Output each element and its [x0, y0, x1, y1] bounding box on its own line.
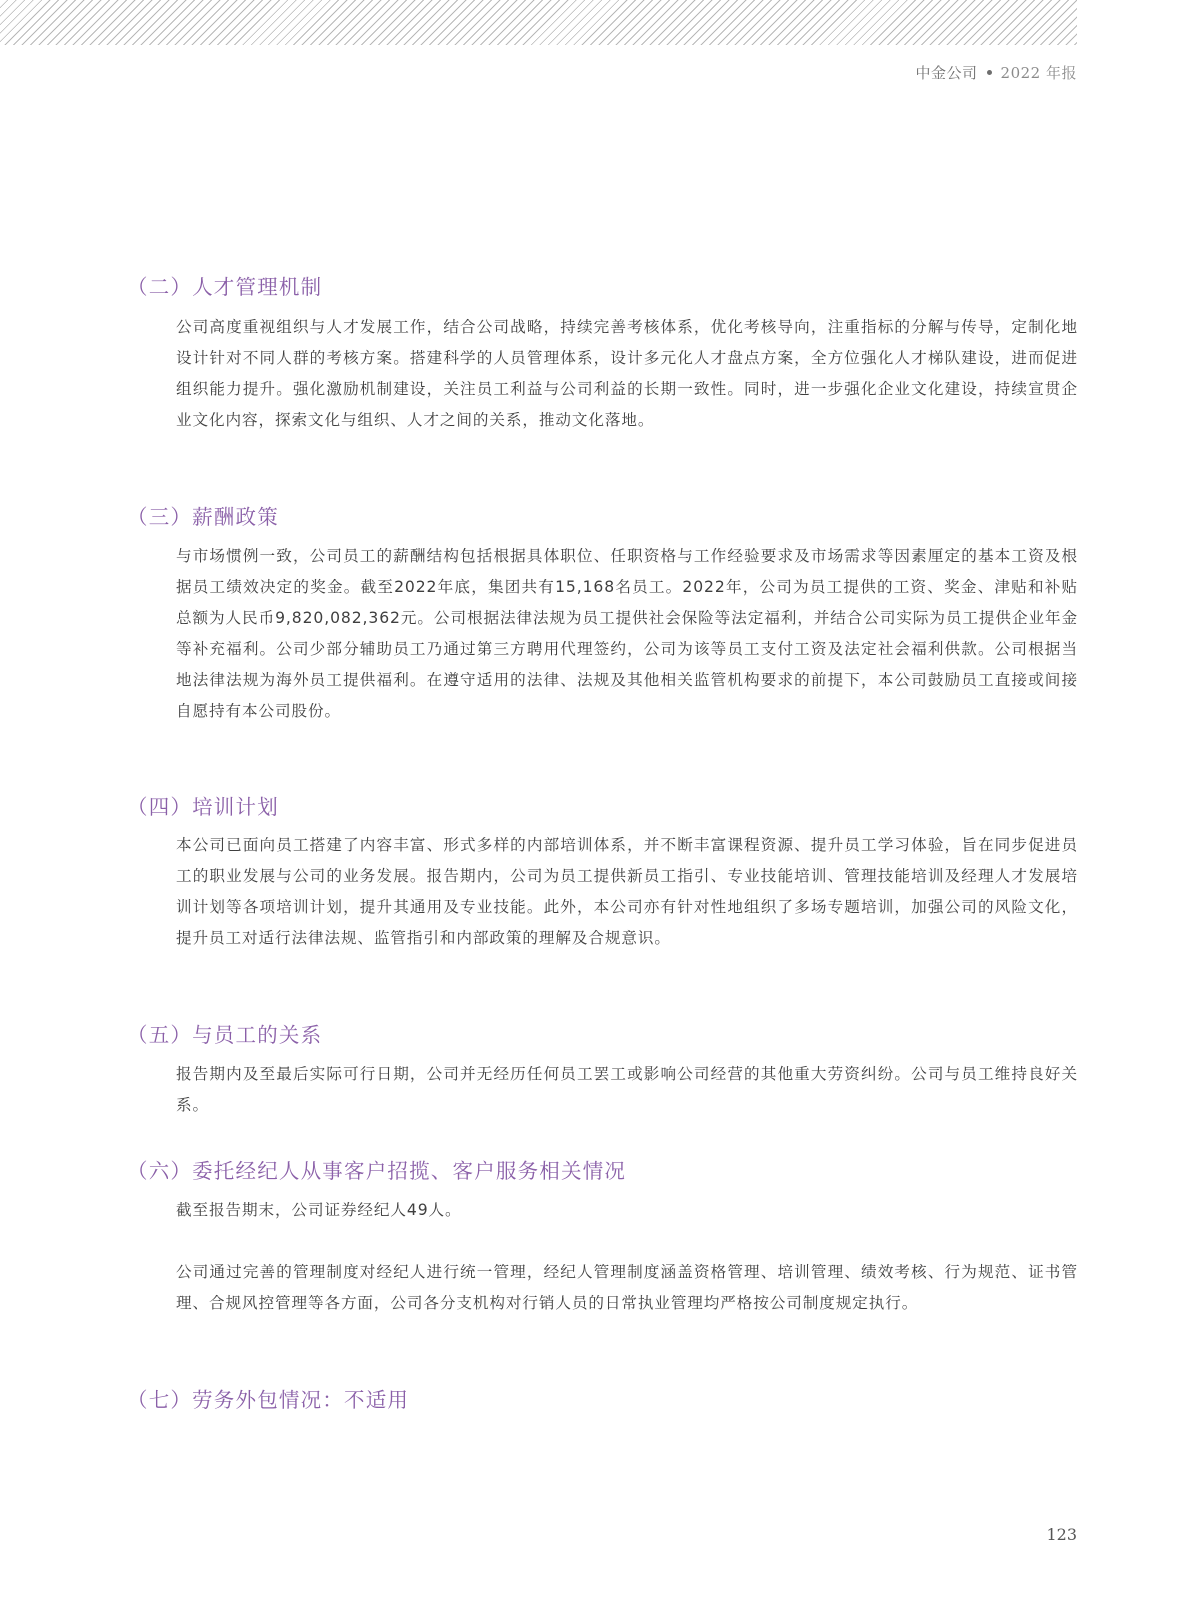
section-heading-talent-management: （二）人才管理机制	[127, 270, 322, 300]
header-company-name: 中金公司	[916, 64, 978, 82]
running-header: 中金公司2022 年报	[916, 62, 1077, 83]
header-report-title: 2022 年报	[1001, 64, 1077, 82]
section-heading-brokers: （六）委托经纪人从事客户招揽、客户服务相关情况	[127, 1154, 626, 1184]
paragraph-employee-relations: 报告期内及至最后实际可行日期，公司并无经历任何员工罢工或影响公司经营的其他重大劳…	[176, 1059, 1078, 1121]
paragraph-talent-management: 公司高度重视组织与人才发展工作，结合公司战略，持续完善考核体系，优化考核导向，注…	[176, 312, 1078, 436]
decorative-hatch-band	[0, 0, 1077, 45]
paragraph-compensation-policy: 与市场惯例一致，公司员工的薪酬结构包括根据具体职位、任职资格与工作经验要求及市场…	[176, 541, 1078, 727]
section-heading-training-plan: （四）培训计划	[127, 790, 279, 820]
section-heading-employee-relations: （五）与员工的关系	[127, 1018, 322, 1048]
paragraph-broker-count: 截至报告期末，公司证券经纪人49人。	[176, 1195, 1078, 1226]
section-heading-labor-outsourcing: （七）劳务外包情况：不适用	[127, 1383, 409, 1413]
bullet-separator-icon	[987, 70, 992, 75]
page-number: 123	[1046, 1525, 1077, 1544]
section-heading-compensation-policy: （三）薪酬政策	[127, 500, 279, 530]
paragraph-training-plan: 本公司已面向员工搭建了内容丰富、形式多样的内部培训体系，并不断丰富课程资源、提升…	[176, 830, 1078, 954]
paragraph-broker-management: 公司通过完善的管理制度对经纪人进行统一管理，经纪人管理制度涵盖资格管理、培训管理…	[176, 1257, 1078, 1319]
